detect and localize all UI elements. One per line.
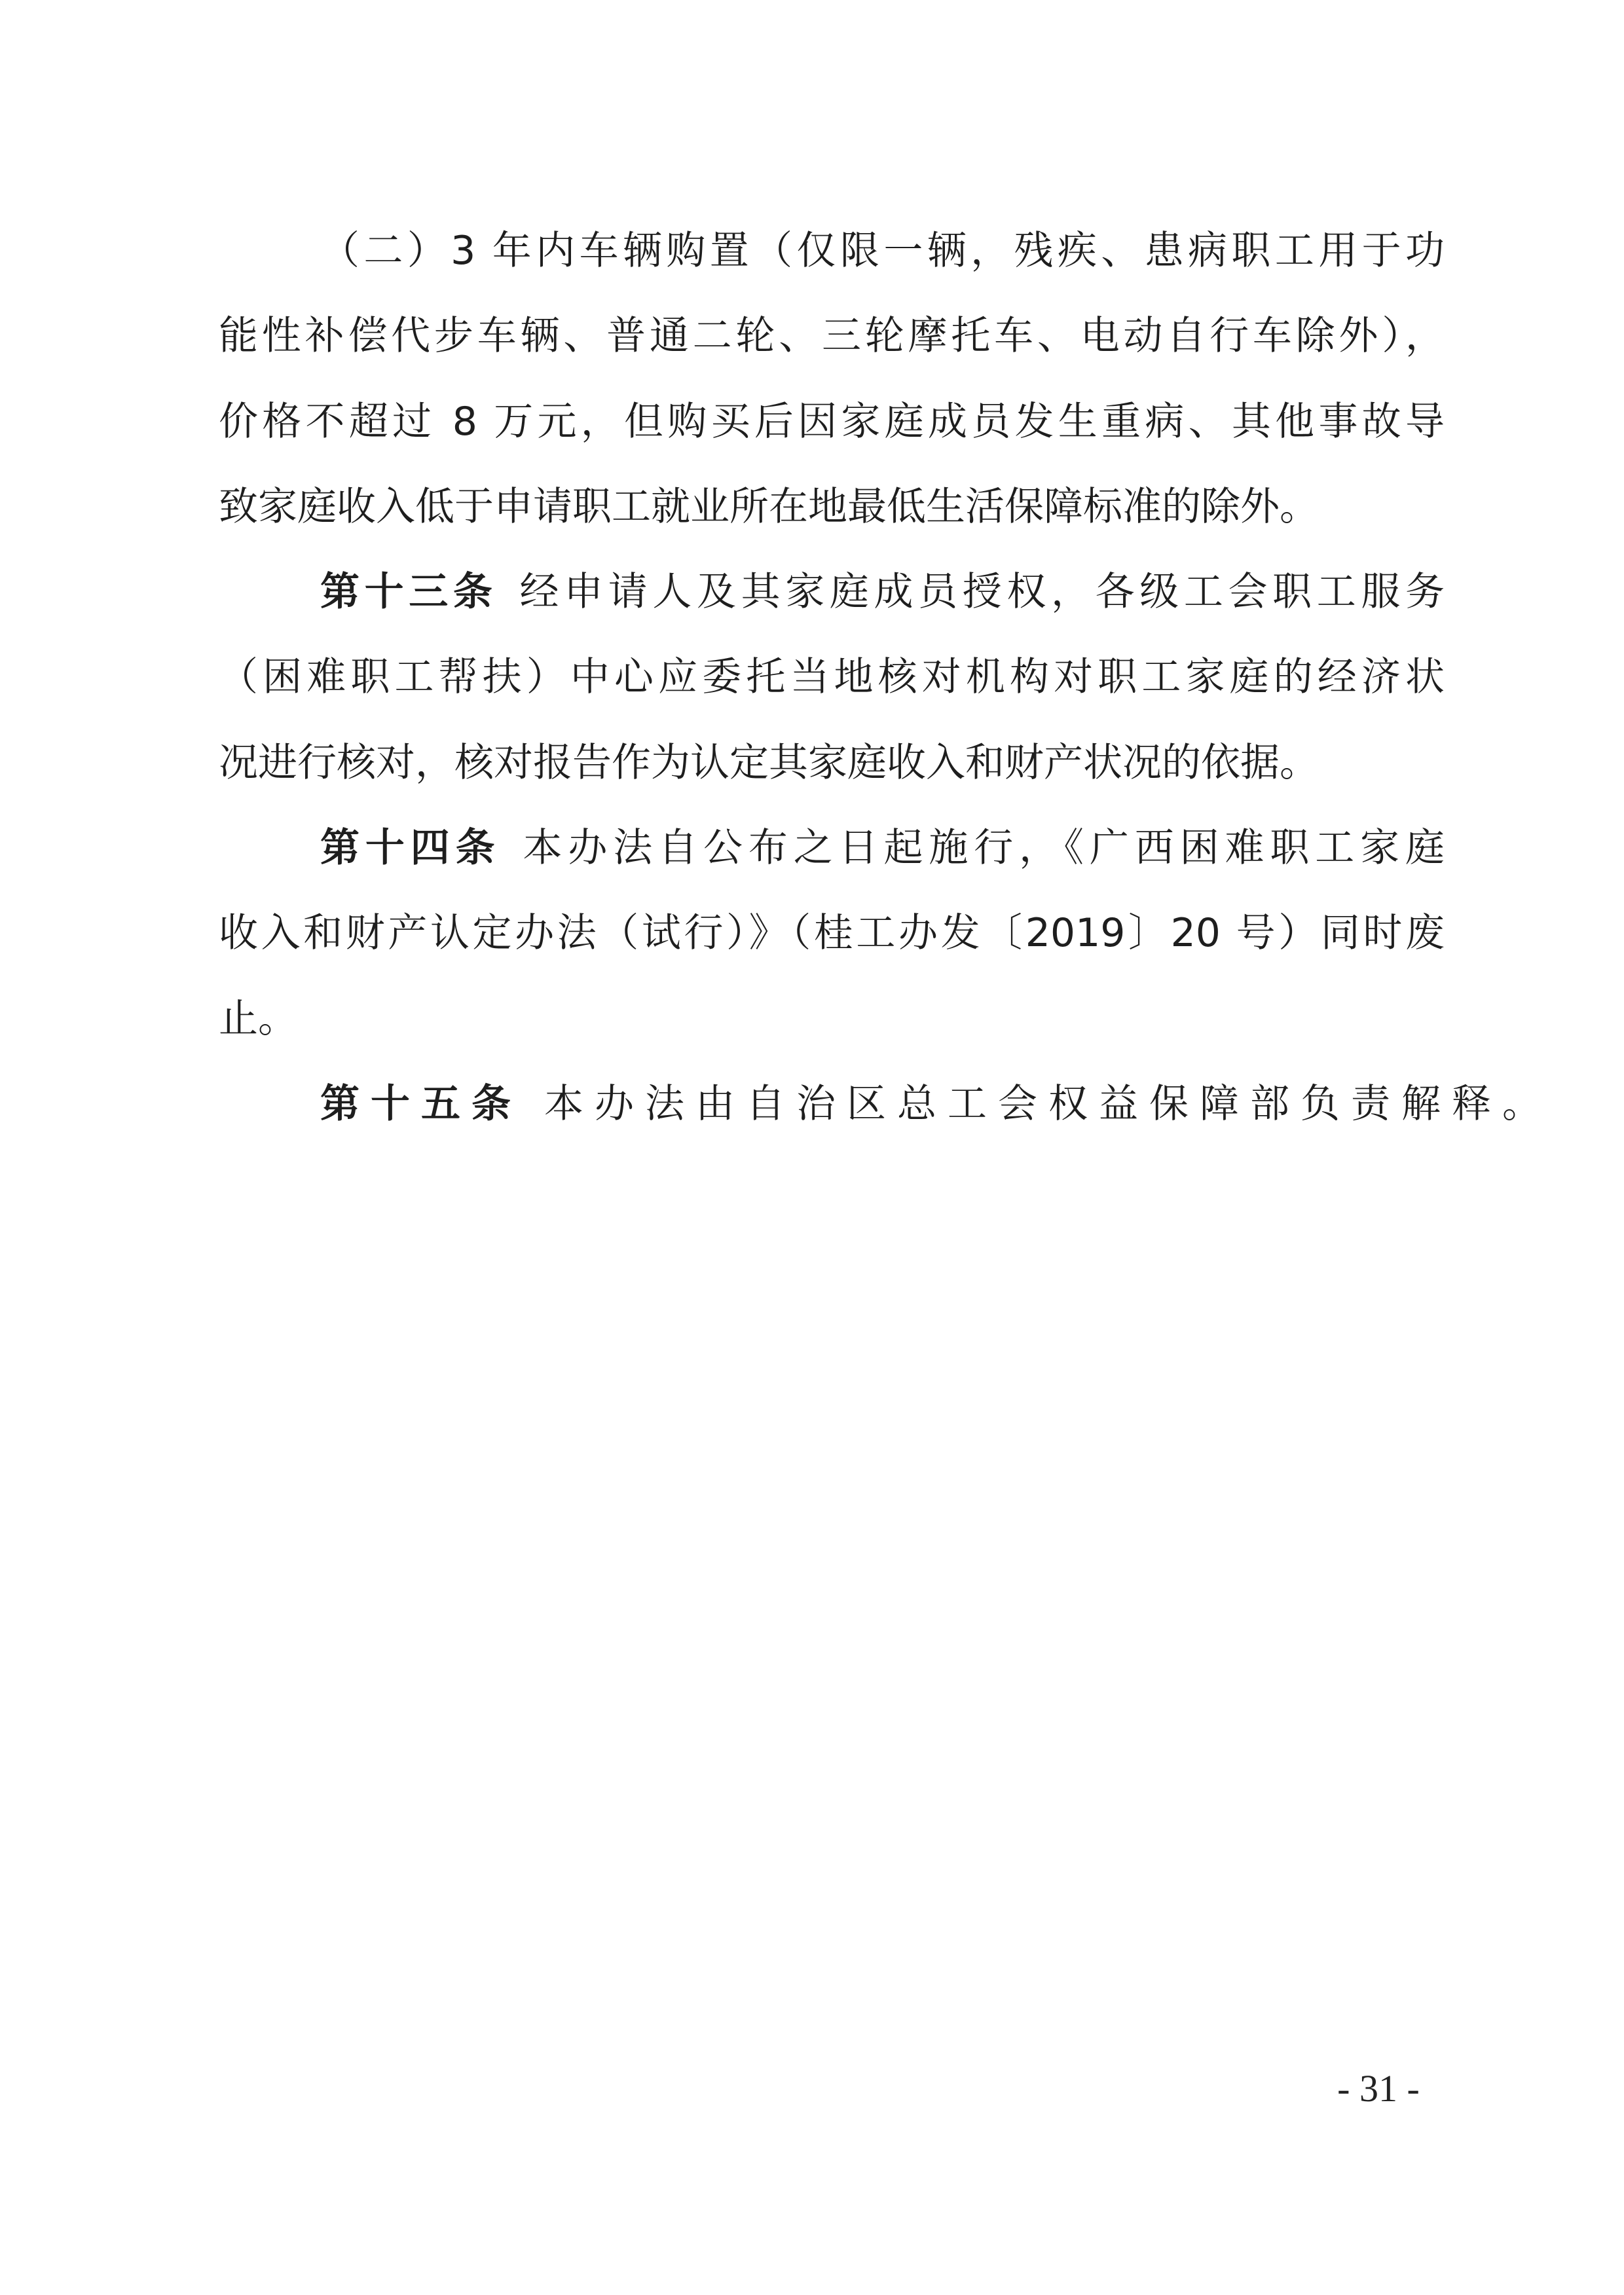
document-page: （二）3 年内车辆购置（仅限一辆，残疾、患病职工用于功 能性补偿代步车辆、普通二… (0, 0, 1624, 2295)
article-14-line-2: 收入和财产认定办法（试行）》（桂工办发〔2019〕20 号）同时废 (219, 890, 1445, 976)
article-13-text: 经申请人及其家庭成员授权，各级工会职工服务 (520, 569, 1445, 615)
article-15-line-1: 第十五条本办法由自治区总工会权益保障部负责解释。 (219, 1061, 1445, 1147)
article-15-text: 本办法由自治区总工会权益保障部负责解释。 (544, 1081, 1553, 1127)
paragraph-item-2-line-1: （二）3 年内车辆购置（仅限一辆，残疾、患病职工用于功 (219, 208, 1445, 293)
paragraph-item-2-line-3: 价格不超过 8 万元，但购买后因家庭成员发生重病、其他事故导 (219, 379, 1445, 464)
article-13-line-1: 第十三条经申请人及其家庭成员授权，各级工会职工服务 (219, 549, 1445, 634)
article-14-text: 本办法自公布之日起施行，《广西困难职工家庭 (523, 825, 1445, 871)
document-body: （二）3 年内车辆购置（仅限一辆，残疾、患病职工用于功 能性补偿代步车辆、普通二… (219, 208, 1445, 1147)
article-14-heading: 第十四条 (320, 825, 501, 871)
article-13-line-3: 况进行核对，核对报告作为认定其家庭收入和财产状况的依据。 (219, 720, 1445, 805)
article-13-line-2: （困难职工帮扶）中心应委托当地核对机构对职工家庭的经济状 (219, 634, 1445, 720)
paragraph-item-2-line-4: 致家庭收入低于申请职工就业所在地最低生活保障标准的除外。 (219, 464, 1445, 549)
paragraph-item-2-line-2: 能性补偿代步车辆、普通二轮、三轮摩托车、电动自行车除外）， (219, 293, 1445, 378)
article-13-heading: 第十三条 (320, 569, 498, 615)
article-15-heading: 第十五条 (320, 1081, 522, 1127)
page-number: - 31 - (1316, 2068, 1441, 2110)
article-14-line-3: 止。 (219, 976, 1445, 1061)
article-14-line-1: 第十四条本办法自公布之日起施行，《广西困难职工家庭 (219, 805, 1445, 890)
